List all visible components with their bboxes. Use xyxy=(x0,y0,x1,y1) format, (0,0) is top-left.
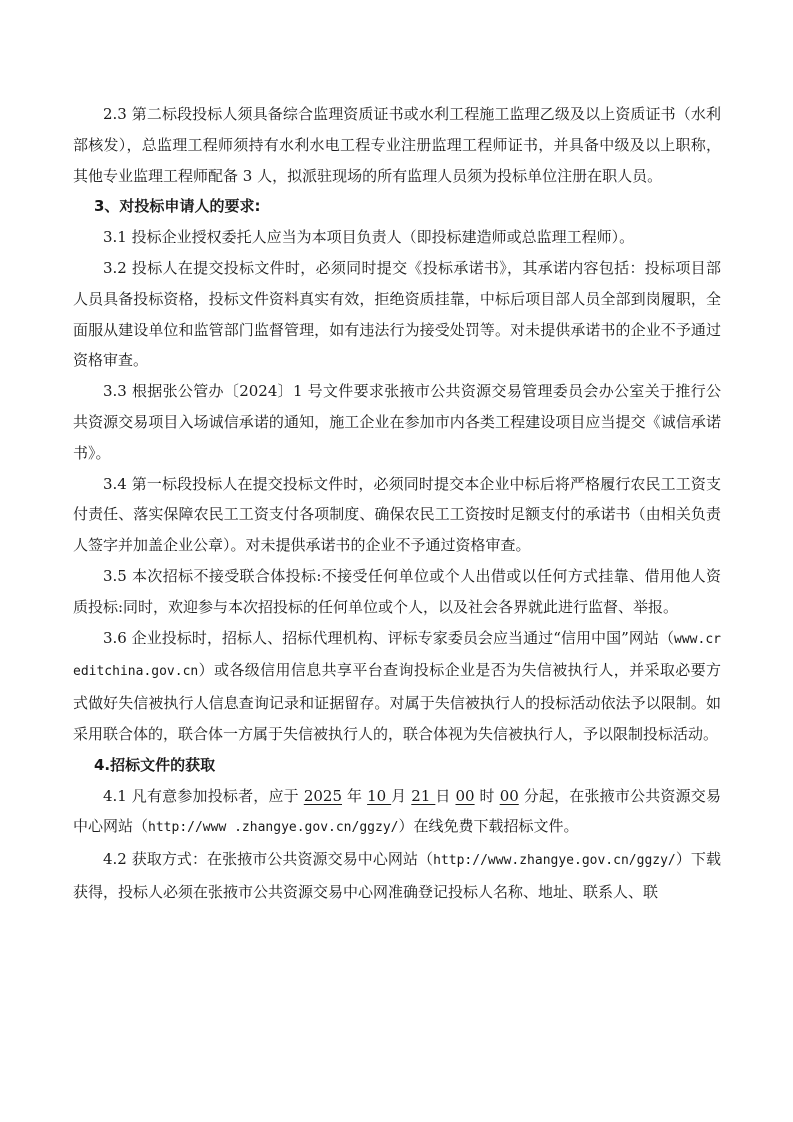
paragraph-4-1-prefix: 4.1 凡有意参加投标者，应于 xyxy=(103,787,304,805)
paragraph-4-2-prefix: 4.2 获取方式：在张掖市公共资源交易中心网站（ xyxy=(103,850,433,868)
date-year-field: 2025 xyxy=(304,787,342,805)
paragraph-3-2: 3.2 投标人在提交投标文件时，必须同时提交《投标承诺书》，其承诺内容包括：投标… xyxy=(73,253,721,376)
heading-section-4: 4.招标文件的获取 xyxy=(73,750,721,781)
time-minute-field: 00 xyxy=(500,787,519,805)
time-hour-field: 00 xyxy=(455,787,474,805)
hour-unit: 时 xyxy=(475,787,500,805)
paragraph-4-1: 4.1 凡有意参加投标者，应于 2025 年 10 月 21 日 00 时 00… xyxy=(73,781,721,845)
day-unit: 日 xyxy=(435,787,455,805)
date-day-field: 21 xyxy=(411,787,435,805)
document-page: 2.3 第二标段投标人须具备综合监理资质证书或水利工程施工监理乙级及以上资质证书… xyxy=(73,99,721,908)
paragraph-4-2: 4.2 获取方式：在张掖市公共资源交易中心网站（http://www.zhang… xyxy=(73,844,721,908)
paragraph-3-6: 3.6 企业投标时，招标人、招标代理机构、评标专家委员会应当通过“信用中国”网站… xyxy=(73,623,721,750)
paragraph-4-1-suffix: ）在线免费下载招标文件。 xyxy=(398,817,578,835)
month-unit: 月 xyxy=(391,787,411,805)
paragraph-3-5: 3.5 本次招标不接受联合体投标:不接受任何单位或个人出借或以任何方式挂靠、借用… xyxy=(73,561,721,623)
paragraph-2-3: 2.3 第二标段投标人须具备综合监理资质证书或水利工程施工监理乙级及以上资质证书… xyxy=(73,99,721,191)
paragraph-3-3: 3.3 根据张公管办〔2024〕1 号文件要求张掖市公共资源交易管理委员会办公室… xyxy=(73,376,721,468)
date-month-field: 10 xyxy=(367,787,391,805)
paragraph-3-6-part-a: 3.6 企业投标时，招标人、招标代理机构、评标专家委员会应当通过“信用中国”网站… xyxy=(103,629,674,647)
paragraph-3-4: 3.4 第一标段投标人在提交投标文件时，必须同时提交本企业中标后将严格履行农民工… xyxy=(73,469,721,561)
heading-section-3: 3、对投标申请人的要求: xyxy=(73,191,721,222)
zhangye-url-2: http://www.zhangye.gov.cn/ggzy/ xyxy=(433,853,676,868)
paragraph-3-1: 3.1 投标企业授权委托人应当为本项目负责人（即投标建造师或总监理工程师）。 xyxy=(73,222,721,253)
zhangye-url-1: http://www .zhangye.gov.cn/ggzy/ xyxy=(148,820,398,835)
year-unit: 年 xyxy=(342,787,367,805)
